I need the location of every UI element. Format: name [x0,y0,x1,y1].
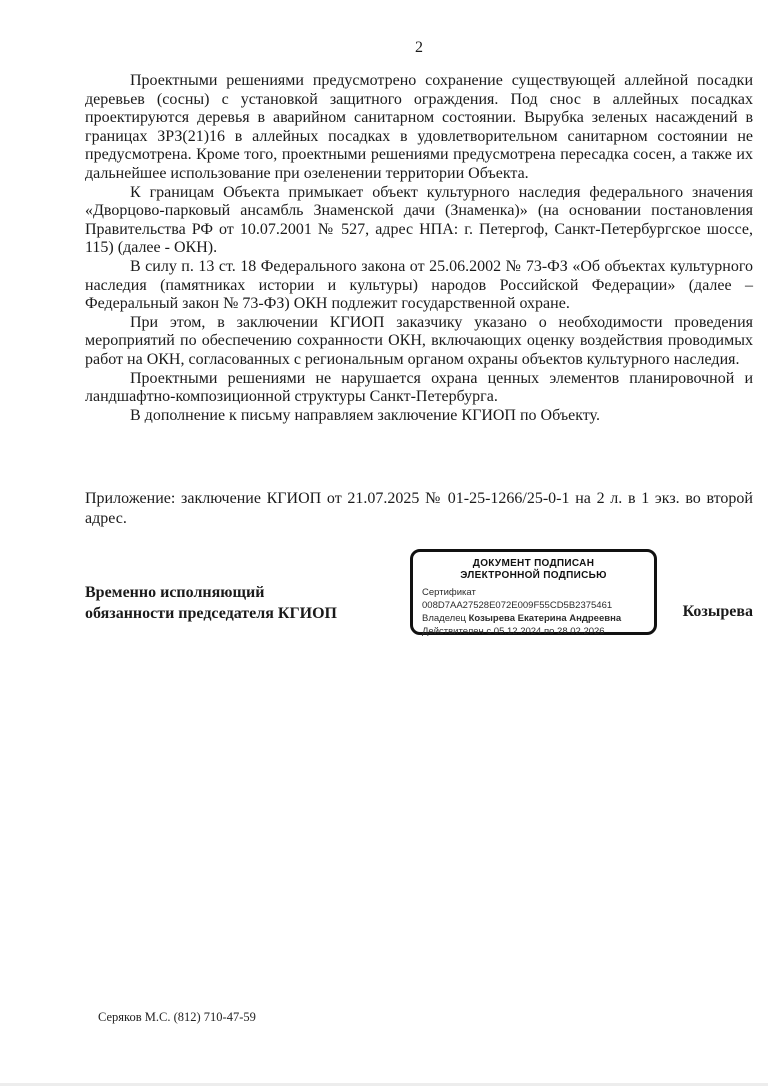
stamp-owner-label: Владелец [422,613,466,624]
document-body: Проектными решениями предусмотрено сохра… [85,72,753,425]
stamp-certificate-line: Сертификат 008D7AA27528E072E009F55CD5B23… [422,586,654,612]
page-number: 2 [85,38,753,57]
stamp-title: ДОКУМЕНТ ПОДПИСАН ЭЛЕКТРОННОЙ ПОДПИСЬЮ [413,558,654,581]
paragraph-project-decisions: Проектными решениями предусмотрено сохра… [85,72,753,184]
paragraph-adjacent-heritage-object: К границам Объекта примыкает объект куль… [85,184,753,258]
paragraph-attachment-letter: В дополнение к письму направляем заключе… [85,407,753,426]
digital-signature-stamp: ДОКУМЕНТ ПОДПИСАН ЭЛЕКТРОННОЙ ПОДПИСЬЮ С… [410,549,657,635]
stamp-owner-name: Козырева Екатерина Андреевна [469,613,622,624]
document-page: 2 Проектными решениями предусмотрено сох… [0,0,768,1086]
signatory-position-line1: Временно исполняющий [85,584,264,601]
stamp-validity-line: Действителен с 05.12.2024 по 28.02.2026 [422,625,654,638]
stamp-certificate-number: 008D7AA27528E072E009F55CD5B2375461 [422,600,612,611]
signatory-surname: Козырева [683,602,753,622]
stamp-title-line2: ЭЛЕКТРОННОЙ ПОДПИСЬЮ [460,570,606,581]
executor-contact: Серяков М.С. (812) 710-47-59 [98,1010,256,1025]
stamp-title-line1: ДОКУМЕНТ ПОДПИСАН [473,558,594,569]
attachment-note: Приложение: заключение КГИОП от 21.07.20… [85,489,753,528]
stamp-body: Сертификат 008D7AA27528E072E009F55CD5B23… [422,586,654,638]
signatory-position-line2: обязанности председателя КГИОП [85,605,337,622]
paragraph-federal-law: В силу п. 13 ст. 18 Федерального закона … [85,258,753,314]
paragraph-protection-not-violated: Проектными решениями не нарушается охран… [85,370,753,407]
signatory-position: Временно исполняющий обязанности председ… [85,583,415,624]
paragraph-kgiop-conclusion: При этом, в заключении КГИОП заказчику у… [85,314,753,370]
stamp-certificate-label: Сертификат [422,587,476,598]
stamp-owner-line: Владелец Козырева Екатерина Андреевна [422,612,654,625]
